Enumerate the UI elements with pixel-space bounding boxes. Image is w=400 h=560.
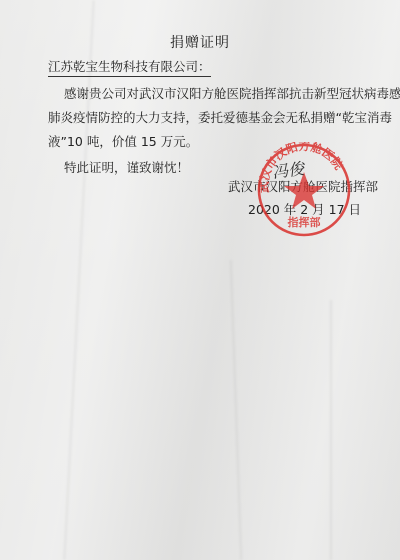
recipient-salutation: 江苏乾宝生物科技有限公司： xyxy=(48,57,211,77)
handwritten-signature: 冯俊 xyxy=(271,156,306,183)
body-line-2: 肺炎疫情防控的大力支持，委托爱德基金会无私捐赠“乾宝消毒 xyxy=(48,108,368,126)
closing-line: 特此证明，谨致谢忱！ xyxy=(64,158,384,176)
body-line-3: 液”10 吨，价值 15 万元。 xyxy=(48,132,368,150)
paper-crease xyxy=(230,260,242,560)
signer-name: 武汉市汉阳方舱医院指挥部 xyxy=(228,177,378,195)
issue-date: 2020 年 2 月 17 日 xyxy=(248,200,361,218)
document-title: 捐赠证明 xyxy=(0,32,400,52)
paper-crease xyxy=(330,300,332,560)
body-line-1: 感谢贵公司对武汉市汉阳方舱医院指挥部抗击新型冠状病毒感染 xyxy=(64,84,384,102)
